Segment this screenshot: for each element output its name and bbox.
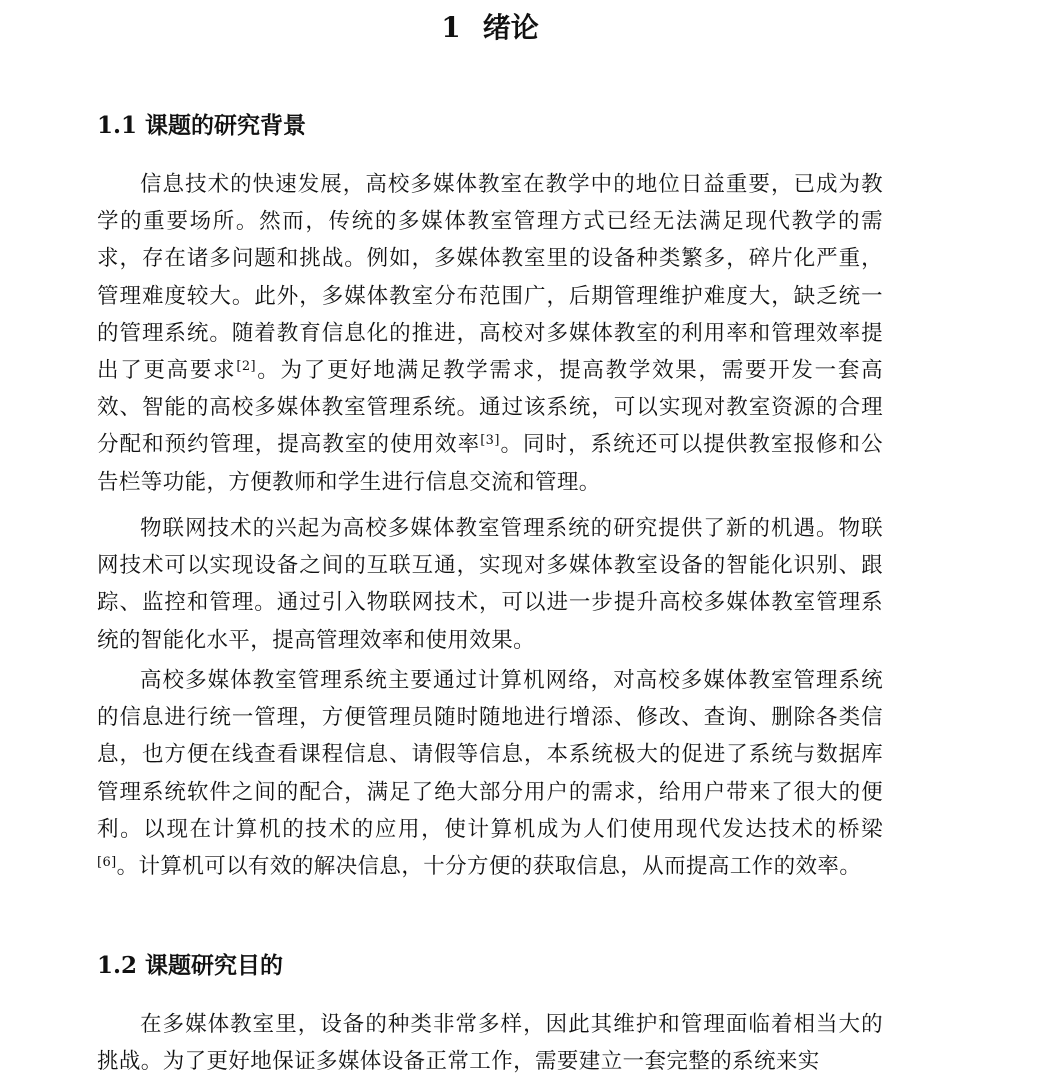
citation: [2] bbox=[236, 359, 256, 374]
paragraph-text: 高校多媒体教室管理系统主要通过计算机网络，对高校多媒体教室管理系统的信息进行统一… bbox=[97, 668, 883, 842]
paragraph-background-3: 高校多媒体教室管理系统主要通过计算机网络，对高校多媒体教室管理系统的信息进行统一… bbox=[97, 662, 883, 885]
section-title-text: 课题的研究背景 bbox=[145, 112, 306, 139]
paragraph-text: 。计算机可以有效的解决信息，十分方便的获取信息，从而提高工作的效率。 bbox=[117, 854, 862, 879]
paragraph-background-2: 物联网技术的兴起为高校多媒体教室管理系统的研究提供了新的机遇。物联网技术可以实现… bbox=[97, 510, 883, 659]
section-number: 1.1 bbox=[97, 112, 137, 139]
citation: [6] bbox=[97, 855, 117, 870]
citation: [3] bbox=[480, 433, 500, 448]
chapter-number: 1 bbox=[441, 11, 460, 44]
section-heading-1-2: 1.2 课题研究目的 bbox=[97, 950, 283, 982]
section-heading-1-1: 1.1 课题的研究背景 bbox=[97, 110, 306, 142]
paragraph-background-1: 信息技术的快速发展，高校多媒体教室在教学中的地位日益重要，已成为教学的重要场所。… bbox=[97, 166, 883, 501]
section-title-text: 课题研究目的 bbox=[145, 952, 283, 979]
paragraph-text: 信息技术的快速发展，高校多媒体教室在教学中的地位日益重要，已成为教学的重要场所。… bbox=[97, 172, 883, 383]
chapter-title: 1绪论 bbox=[97, 8, 883, 48]
section-number: 1.2 bbox=[97, 952, 137, 979]
paragraph-text: 在多媒体教室里，设备的种类非常多样，因此其维护和管理面临着相当大的挑战。为了更好… bbox=[97, 1012, 883, 1074]
chapter-title-text: 绪论 bbox=[483, 11, 539, 44]
paragraph-purpose-1: 在多媒体教室里，设备的种类非常多样，因此其维护和管理面临着相当大的挑战。为了更好… bbox=[97, 1006, 883, 1079]
paragraph-text: 物联网技术的兴起为高校多媒体教室管理系统的研究提供了新的机遇。物联网技术可以实现… bbox=[97, 516, 883, 653]
